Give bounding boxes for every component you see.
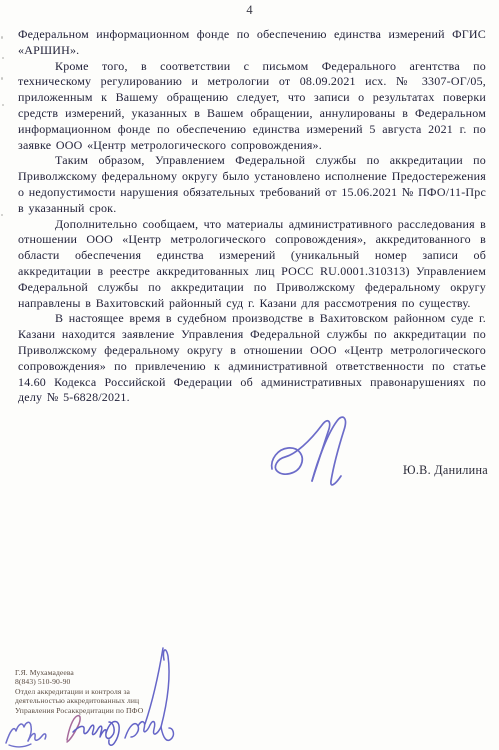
signatory-name: Ю.В. Данилина bbox=[403, 463, 488, 478]
document-page: 4 Федеральном информационном фонде по об… bbox=[0, 0, 499, 750]
body-paragraph: Дополнительно сообщаем, что материалы ад… bbox=[18, 217, 486, 312]
scan-speck bbox=[1, 36, 3, 39]
staff-signature-3 bbox=[119, 644, 183, 750]
signatory-signature bbox=[266, 413, 368, 497]
scan-speck bbox=[1, 77, 3, 80]
letter-body: Федеральном информационном фонде по обес… bbox=[18, 27, 486, 406]
body-paragraph: Таким образом, Управлением Федеральной с… bbox=[18, 153, 486, 216]
staff-signature-1 bbox=[3, 715, 55, 749]
scan-speck bbox=[2, 104, 4, 106]
body-paragraph: В настоящее время в судебном производств… bbox=[18, 311, 486, 406]
scan-speck bbox=[2, 57, 4, 59]
body-paragraph: Федеральном информационном фонде по обес… bbox=[18, 27, 486, 59]
body-paragraph: Кроме того, в соответствии с письмом Фед… bbox=[18, 59, 486, 154]
scan-speck bbox=[1, 214, 3, 216]
page-number: 4 bbox=[0, 3, 499, 18]
